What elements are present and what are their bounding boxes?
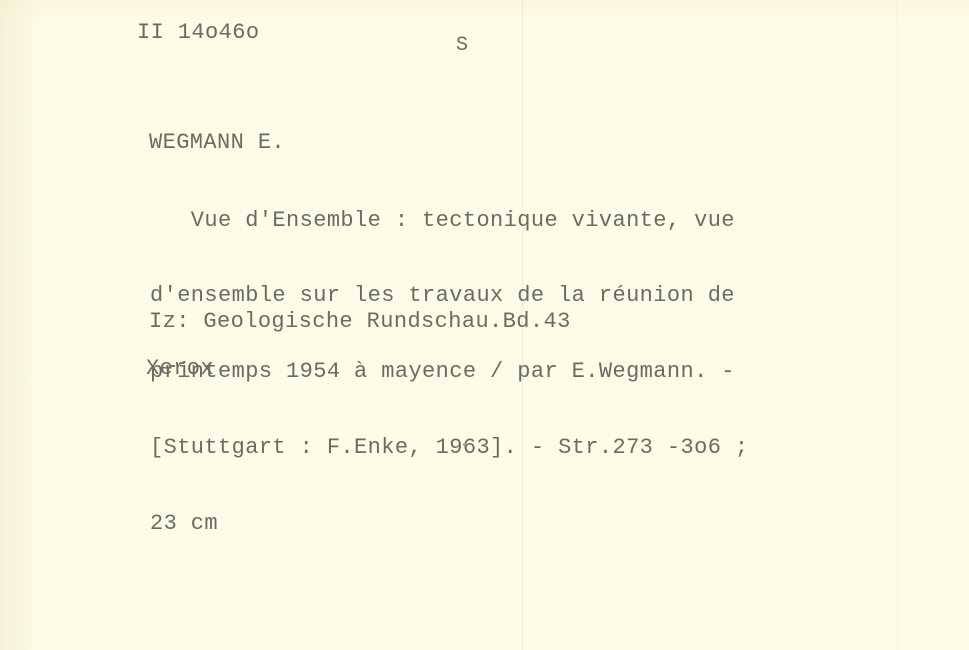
catalog-card: II 14o46o S WEGMANN E. Vue d'Ensemble : … xyxy=(0,0,969,650)
paper-speck xyxy=(463,443,466,446)
format-note: Xerox xyxy=(146,357,214,381)
section-mark: S xyxy=(456,34,468,58)
description-line: printemps 1954 à mayence / par E.Wegmann… xyxy=(150,359,749,384)
description-line: Vue d'Ensemble : tectonique vivante, vue xyxy=(150,208,749,233)
bibliographic-description: Vue d'Ensemble : tectonique vivante, vue… xyxy=(150,157,749,587)
call-number: II 14o46o xyxy=(137,21,259,45)
paper-fold-line xyxy=(897,0,898,650)
description-line: 23 cm xyxy=(150,511,749,536)
description-line: [Stuttgart : F.Enke, 1963]. - Str.273 -3… xyxy=(150,435,749,460)
host-item-entry: Iz: Geologische Rundschau.Bd.43 xyxy=(149,310,571,334)
description-line: d'ensemble sur les travaux de la réunion… xyxy=(150,283,749,308)
author-heading: WEGMANN E. xyxy=(149,131,285,155)
